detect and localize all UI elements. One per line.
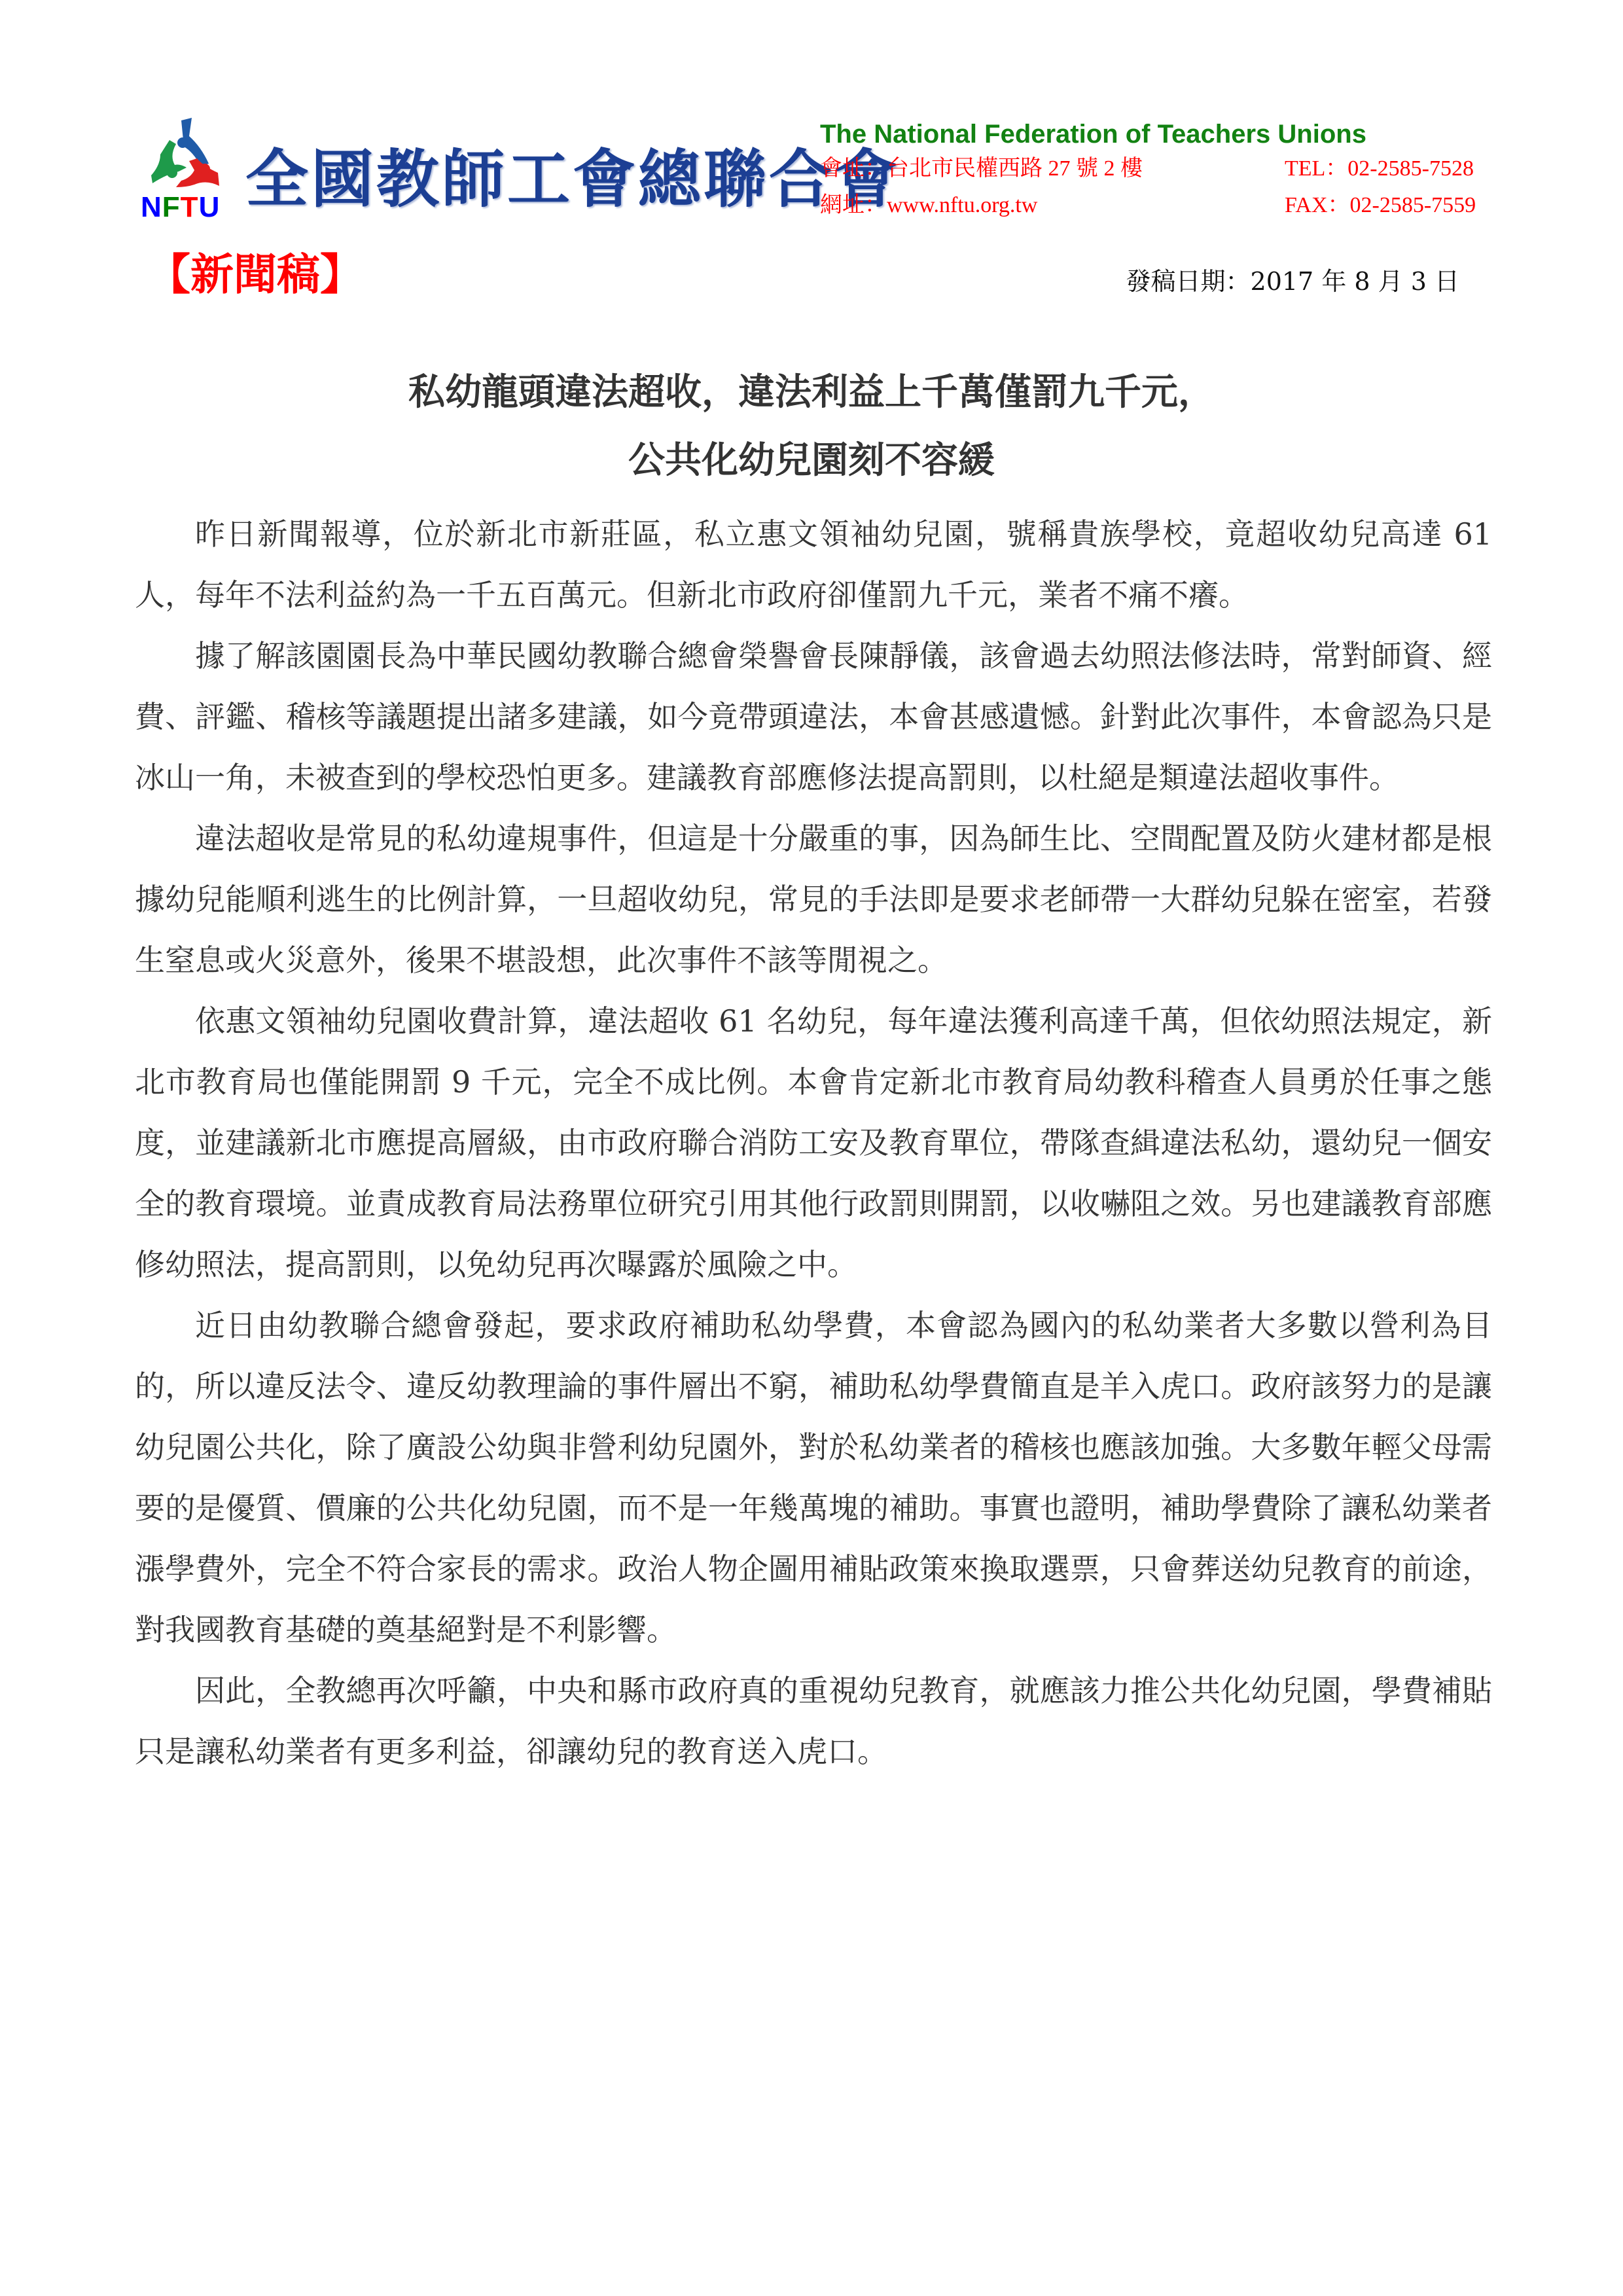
three-figures-logo-icon [141,118,232,190]
headline-line-1: 私幼龍頭違法超收，違法利益上千萬僅罰九千元， [131,359,1492,427]
nftu-acronym: NFTU [141,192,232,223]
org-name-zh: 全國教師工會總聯合會 [245,130,900,219]
contact-row-1: 會址：台北市民權西路 27 號 2 樓 TEL：02-2585-7528 [820,151,1481,187]
paragraph-6: 因此，全教總再次呼籲，中央和縣市政府真的重視幼兒教育，就應該力推公共化幼兒園，學… [135,1660,1492,1782]
headline: 私幼龍頭違法超收，違法利益上千萬僅罰九千元， 公共化幼兒園刻不容緩 [131,359,1492,495]
paragraph-1: 昨日新聞報導，位於新北市新莊區，私立惠文領袖幼兒園，號稱貴族學校，竟超收幼兒高達… [135,504,1492,626]
paragraph-2: 據了解該園園長為中華民國幼教聯合總會榮譽會長陳靜儀，該會過去幼照法修法時，常對師… [135,626,1492,808]
acronym-letter-t: T [181,191,199,223]
org-fax: FAX：02-2585-7559 [1285,187,1481,224]
press-release-tag: 【新聞稿】 [147,249,363,301]
org-website[interactable]: 網址：www.nftu.org.tw [820,187,1037,224]
org-tel: TEL：02-2585-7528 [1285,151,1481,187]
org-contact-block: The National Federation of Teachers Unio… [820,118,1481,224]
paragraph-3: 違法超收是常見的私幼違規事件，但這是十分嚴重的事，因為師生比、空間配置及防火建材… [135,808,1492,991]
paragraph-4: 依惠文領袖幼兒園收費計算，違法超收 61 名幼兒，每年違法獲利高達千萬，但依幼照… [135,991,1492,1295]
headline-line-2: 公共化幼兒園刻不容緩 [131,427,1492,495]
acronym-letter-u: U [199,191,221,223]
org-address: 會址：台北市民權西路 27 號 2 樓 [820,151,1143,187]
nftu-logo: NFTU [141,118,232,223]
contact-row-2: 網址：www.nftu.org.tw FAX：02-2585-7559 [820,187,1481,224]
acronym-letter-n: N [141,191,162,223]
acronym-letter-f: F [162,191,181,223]
article-body: 昨日新聞報導，位於新北市新莊區，私立惠文領袖幼兒園，號稱貴族學校，竟超收幼兒高達… [135,504,1492,1782]
release-date: 發稿日期：2017 年 8 月 3 日 [1126,262,1459,301]
letterhead: NFTU 全國教師工會總聯合會 The National Federation … [141,118,1489,229]
org-name-en: The National Federation of Teachers Unio… [820,118,1481,151]
paragraph-5: 近日由幼教聯合總會發起，要求政府補助私幼學費，本會認為國內的私幼業者大多數以營利… [135,1295,1492,1660]
